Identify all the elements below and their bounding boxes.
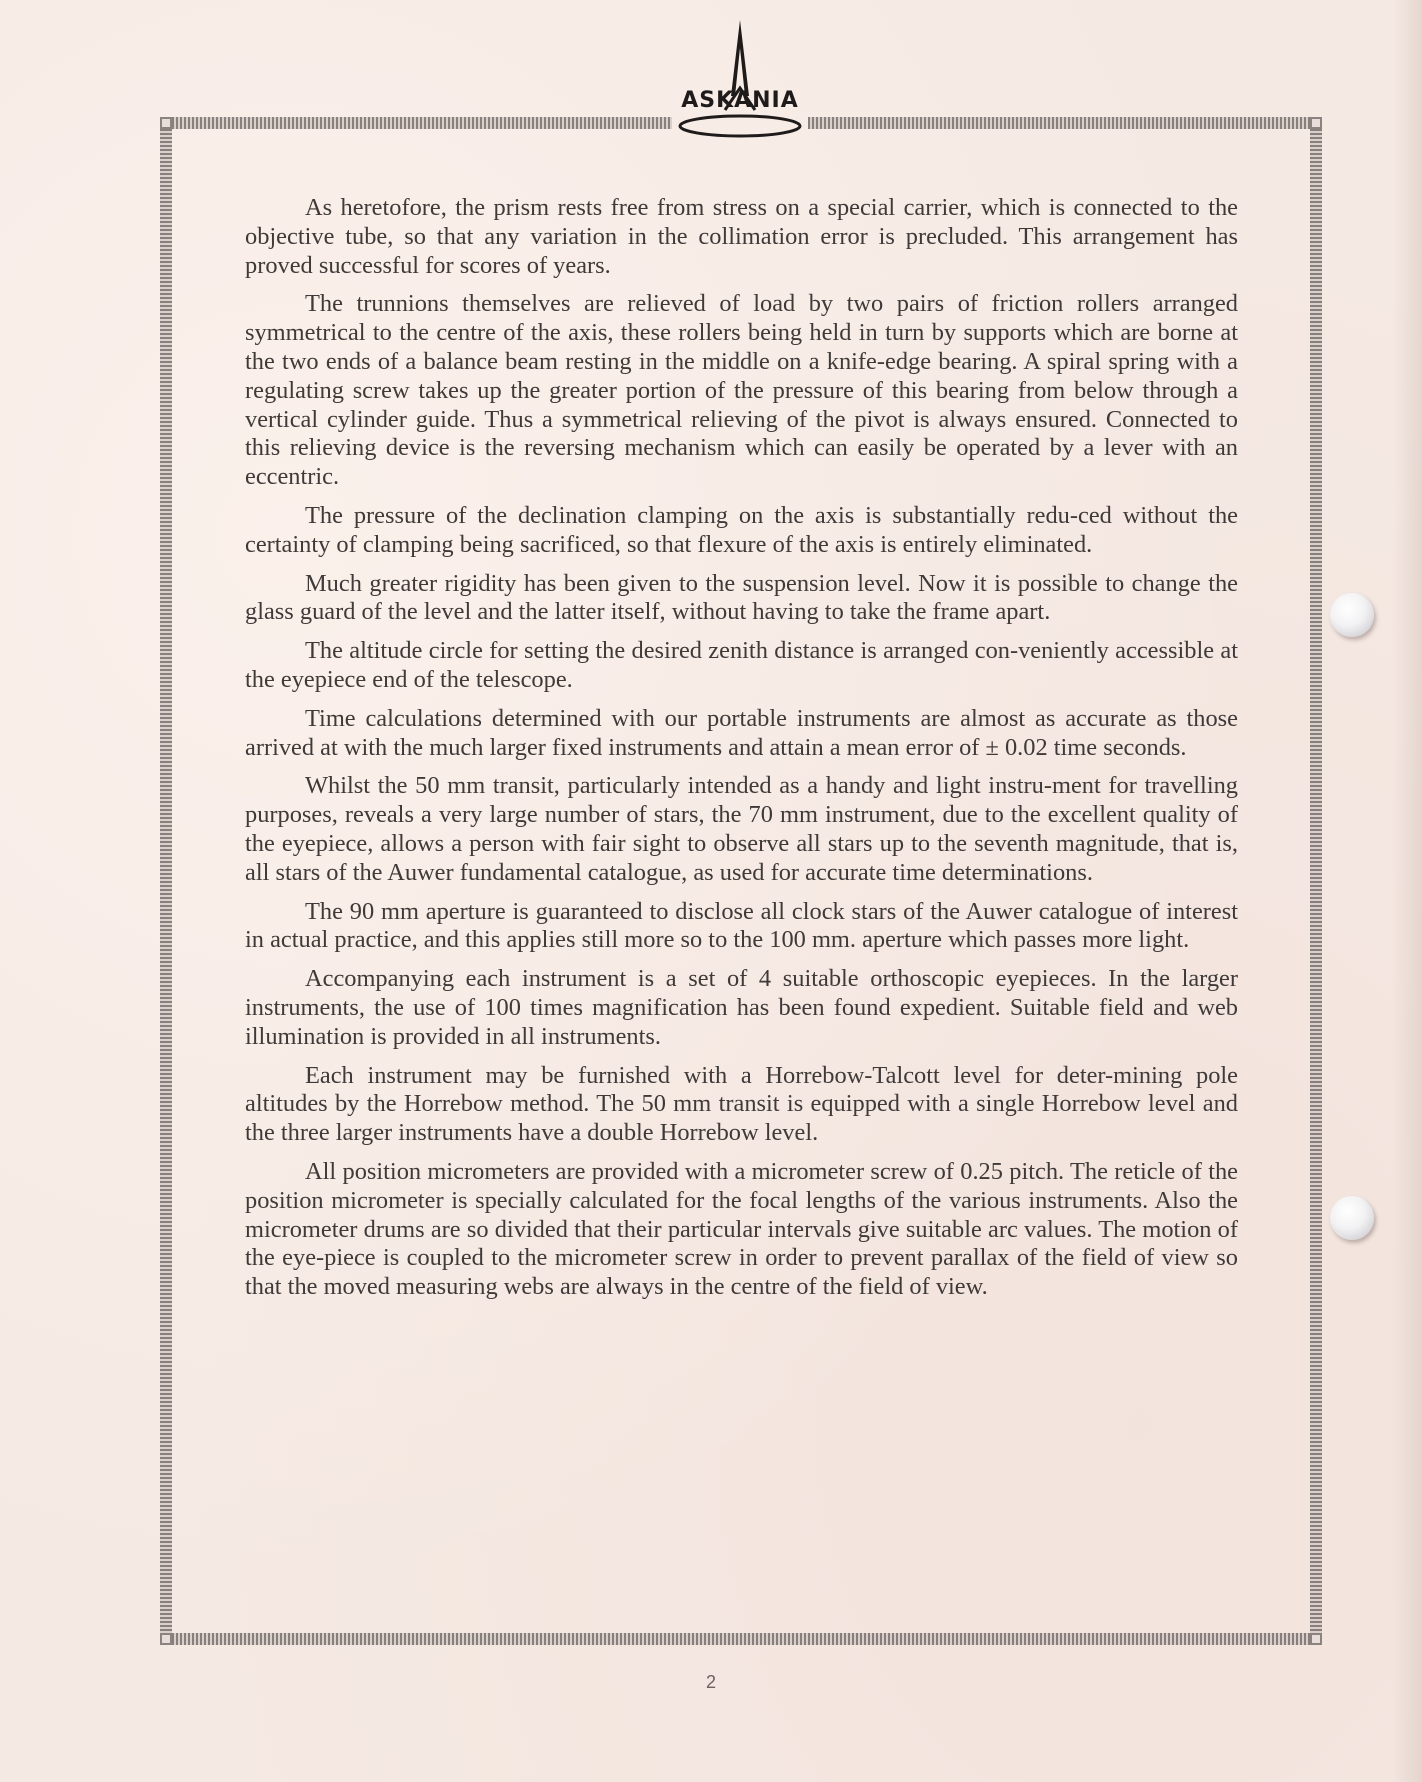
paragraph-altitude-circle: The altitude circle for setting the desi… xyxy=(245,637,1238,695)
askania-emblem-icon xyxy=(673,18,807,143)
paragraph-eyepieces: Accompanying each instrument is a set of… xyxy=(245,965,1238,1051)
border-left xyxy=(160,117,172,1645)
border-top-right xyxy=(808,117,1322,129)
border-top-left xyxy=(160,117,672,129)
page-number: 2 xyxy=(0,1672,1422,1693)
page-edge-shadow xyxy=(1392,0,1422,1782)
border-corner-bottom-right xyxy=(1310,1633,1322,1645)
border-corner-top-right xyxy=(1310,117,1322,129)
paragraph-trunnions: The trunnions themselves are relieved of… xyxy=(245,290,1238,492)
paragraph-time-calculations: Time calculations determined with our po… xyxy=(245,705,1238,763)
paragraph-suspension-level: Much greater rigidity has been given to … xyxy=(245,570,1238,628)
punch-hole-upper xyxy=(1330,593,1374,637)
paragraph-prism-carrier: As heretofore, the prism rests free from… xyxy=(245,194,1238,280)
border-bottom xyxy=(160,1633,1322,1645)
paragraph-declination-clamping: The pressure of the declination clamping… xyxy=(245,502,1238,560)
body-text: As heretofore, the prism rests free from… xyxy=(245,194,1238,1302)
punch-hole-lower xyxy=(1330,1196,1374,1240)
logo-text: ASKANIA xyxy=(673,88,807,113)
border-corner-top-left xyxy=(160,117,172,129)
askania-logo: ASKANIA xyxy=(673,18,807,143)
border-right xyxy=(1310,117,1322,1645)
paragraph-50mm-transit: Whilst the 50 mm transit, particularly i… xyxy=(245,772,1238,887)
paragraph-90mm-aperture: The 90 mm aperture is guaranteed to disc… xyxy=(245,898,1238,956)
border-corner-bottom-left xyxy=(160,1633,172,1645)
paragraph-horrebow-level: Each instrument may be furnished with a … xyxy=(245,1062,1238,1148)
paragraph-position-micrometers: All position micrometers are provided wi… xyxy=(245,1158,1238,1302)
